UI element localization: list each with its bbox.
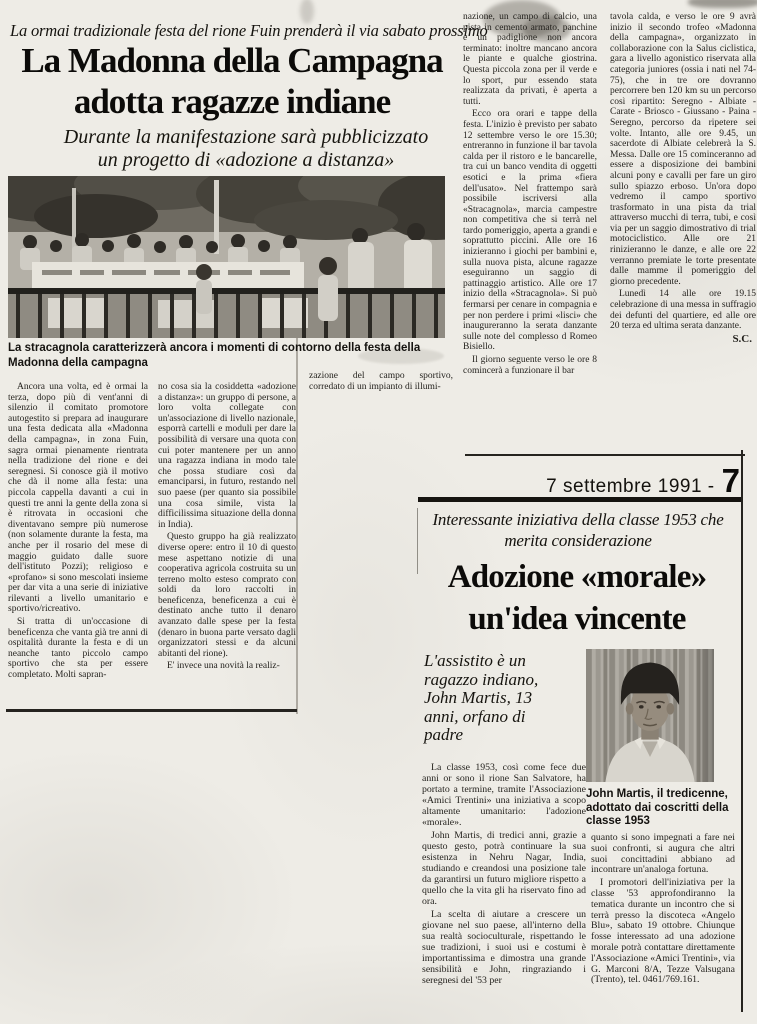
paragraph: Si tratta di un'occasione di beneficenza… [8, 617, 148, 681]
masthead-dateline: 7 settembre 1991 - 7 [440, 462, 740, 500]
article1-headline-line2: adotta ragazze indiane [4, 81, 460, 122]
article1-headline-line1: La Madonna della Campagna [4, 40, 460, 81]
masthead-page-number: 7 [722, 462, 740, 500]
paragraph: quanto si sono impegnati a fare nei suoi… [591, 833, 735, 876]
paragraph: Ecco ora orari e tappe della festa. L'in… [463, 109, 597, 353]
john-martis-portrait-art [586, 649, 714, 782]
paragraph: Il giorno seguente verso le ore 8 cominc… [463, 355, 597, 376]
article1-subhead: Durante la manifestazione sarà pubbliciz… [12, 126, 480, 172]
article2-headline-line2: un'idea vincente [418, 598, 736, 640]
article2-headline: Adozione «morale» un'idea vincente [418, 556, 736, 640]
article1-bottom-rule [6, 709, 297, 712]
paragraph: tavola calda, e verso le ore 9 avrà iniz… [610, 12, 756, 287]
paragraph: Questo gruppo ha già realizzato diverse … [158, 532, 296, 659]
scan-crease-line [296, 338, 298, 714]
article2-kicker-line2: merita considerazione [420, 531, 736, 552]
article1-column-2: no cosa sia la cosiddetta «adozione a di… [158, 382, 296, 715]
clipping-right-rule [741, 450, 743, 1012]
article2-standfirst: L'assistito è un ragazzo indiano, John M… [424, 652, 560, 745]
paragraph: La classe 1953, così come fece due anni … [422, 762, 586, 828]
paragraph: John Martis, di tredici anni, grazie a q… [422, 830, 586, 907]
paragraph: Lunedì 14 alle ore 19.15 celebrazione di… [610, 289, 756, 331]
article1-column-1: Ancora una volta, ed è ormai la terza, d… [8, 382, 148, 712]
paragraph: E' invece una novità la realiz- [158, 661, 296, 672]
paragraph: Ancora una volta, ed è ormai la terza, d… [8, 382, 148, 615]
article1-headline: La Madonna della Campagna adotta ragazze… [4, 40, 460, 122]
article2-left-column: La classe 1953, così come fece due anni … [422, 762, 586, 1024]
masthead-date: 7 settembre 1991 - [546, 476, 714, 498]
article2-kicker-line1: Interessante iniziativa della classe 195… [420, 510, 736, 531]
article1-kicker: La ormai tradizionale festa del rione Fu… [10, 21, 490, 40]
festival-crowd-photo-art [8, 176, 445, 338]
article1-photo-caption: La stracagnola caratterizzerà ancora i m… [8, 341, 454, 371]
article2-right-column: quanto si sono impegnati a fare nei suoi… [591, 833, 735, 1024]
paragraph: no cosa sia la cosiddetta «adozione a di… [158, 382, 296, 530]
article2-photo-caption: John Martis, il tredicenne, adottato dai… [586, 788, 736, 829]
paragraph: I promotori dell'iniziativa per la class… [591, 878, 735, 986]
article1-column-4: tavola calda, e verso le ore 9 avrà iniz… [610, 12, 756, 412]
article2-headline-line1: Adozione «morale» [418, 556, 736, 598]
article1-continuation-fragment: zazione del campo sportivo, corredato di… [309, 371, 453, 395]
newspaper-scan-page: La ormai tradizionale festa del rione Fu… [0, 0, 757, 1024]
article1-subhead-line2: un progetto di «adozione a distanza» [12, 149, 480, 172]
john-martis-portrait-photo [586, 649, 714, 782]
masthead-bottom-rule [418, 497, 742, 502]
festival-crowd-photo [8, 176, 445, 338]
article2-kicker: Interessante iniziativa della classe 195… [420, 510, 736, 551]
paragraph: zazione del campo sportivo, corredato di… [309, 371, 453, 392]
scan-smudge [688, 0, 757, 8]
masthead-top-rule [465, 454, 745, 456]
article1-subhead-line1: Durante la manifestazione sarà pubbliciz… [12, 126, 480, 149]
paragraph: nazione, un campo di calcio, una pista i… [463, 12, 597, 107]
paragraph: La scelta di aiutare a crescere un giova… [422, 909, 586, 986]
article1-signature: S.C. [610, 334, 756, 345]
article1-column-3: nazione, un campo di calcio, una pista i… [463, 12, 597, 404]
